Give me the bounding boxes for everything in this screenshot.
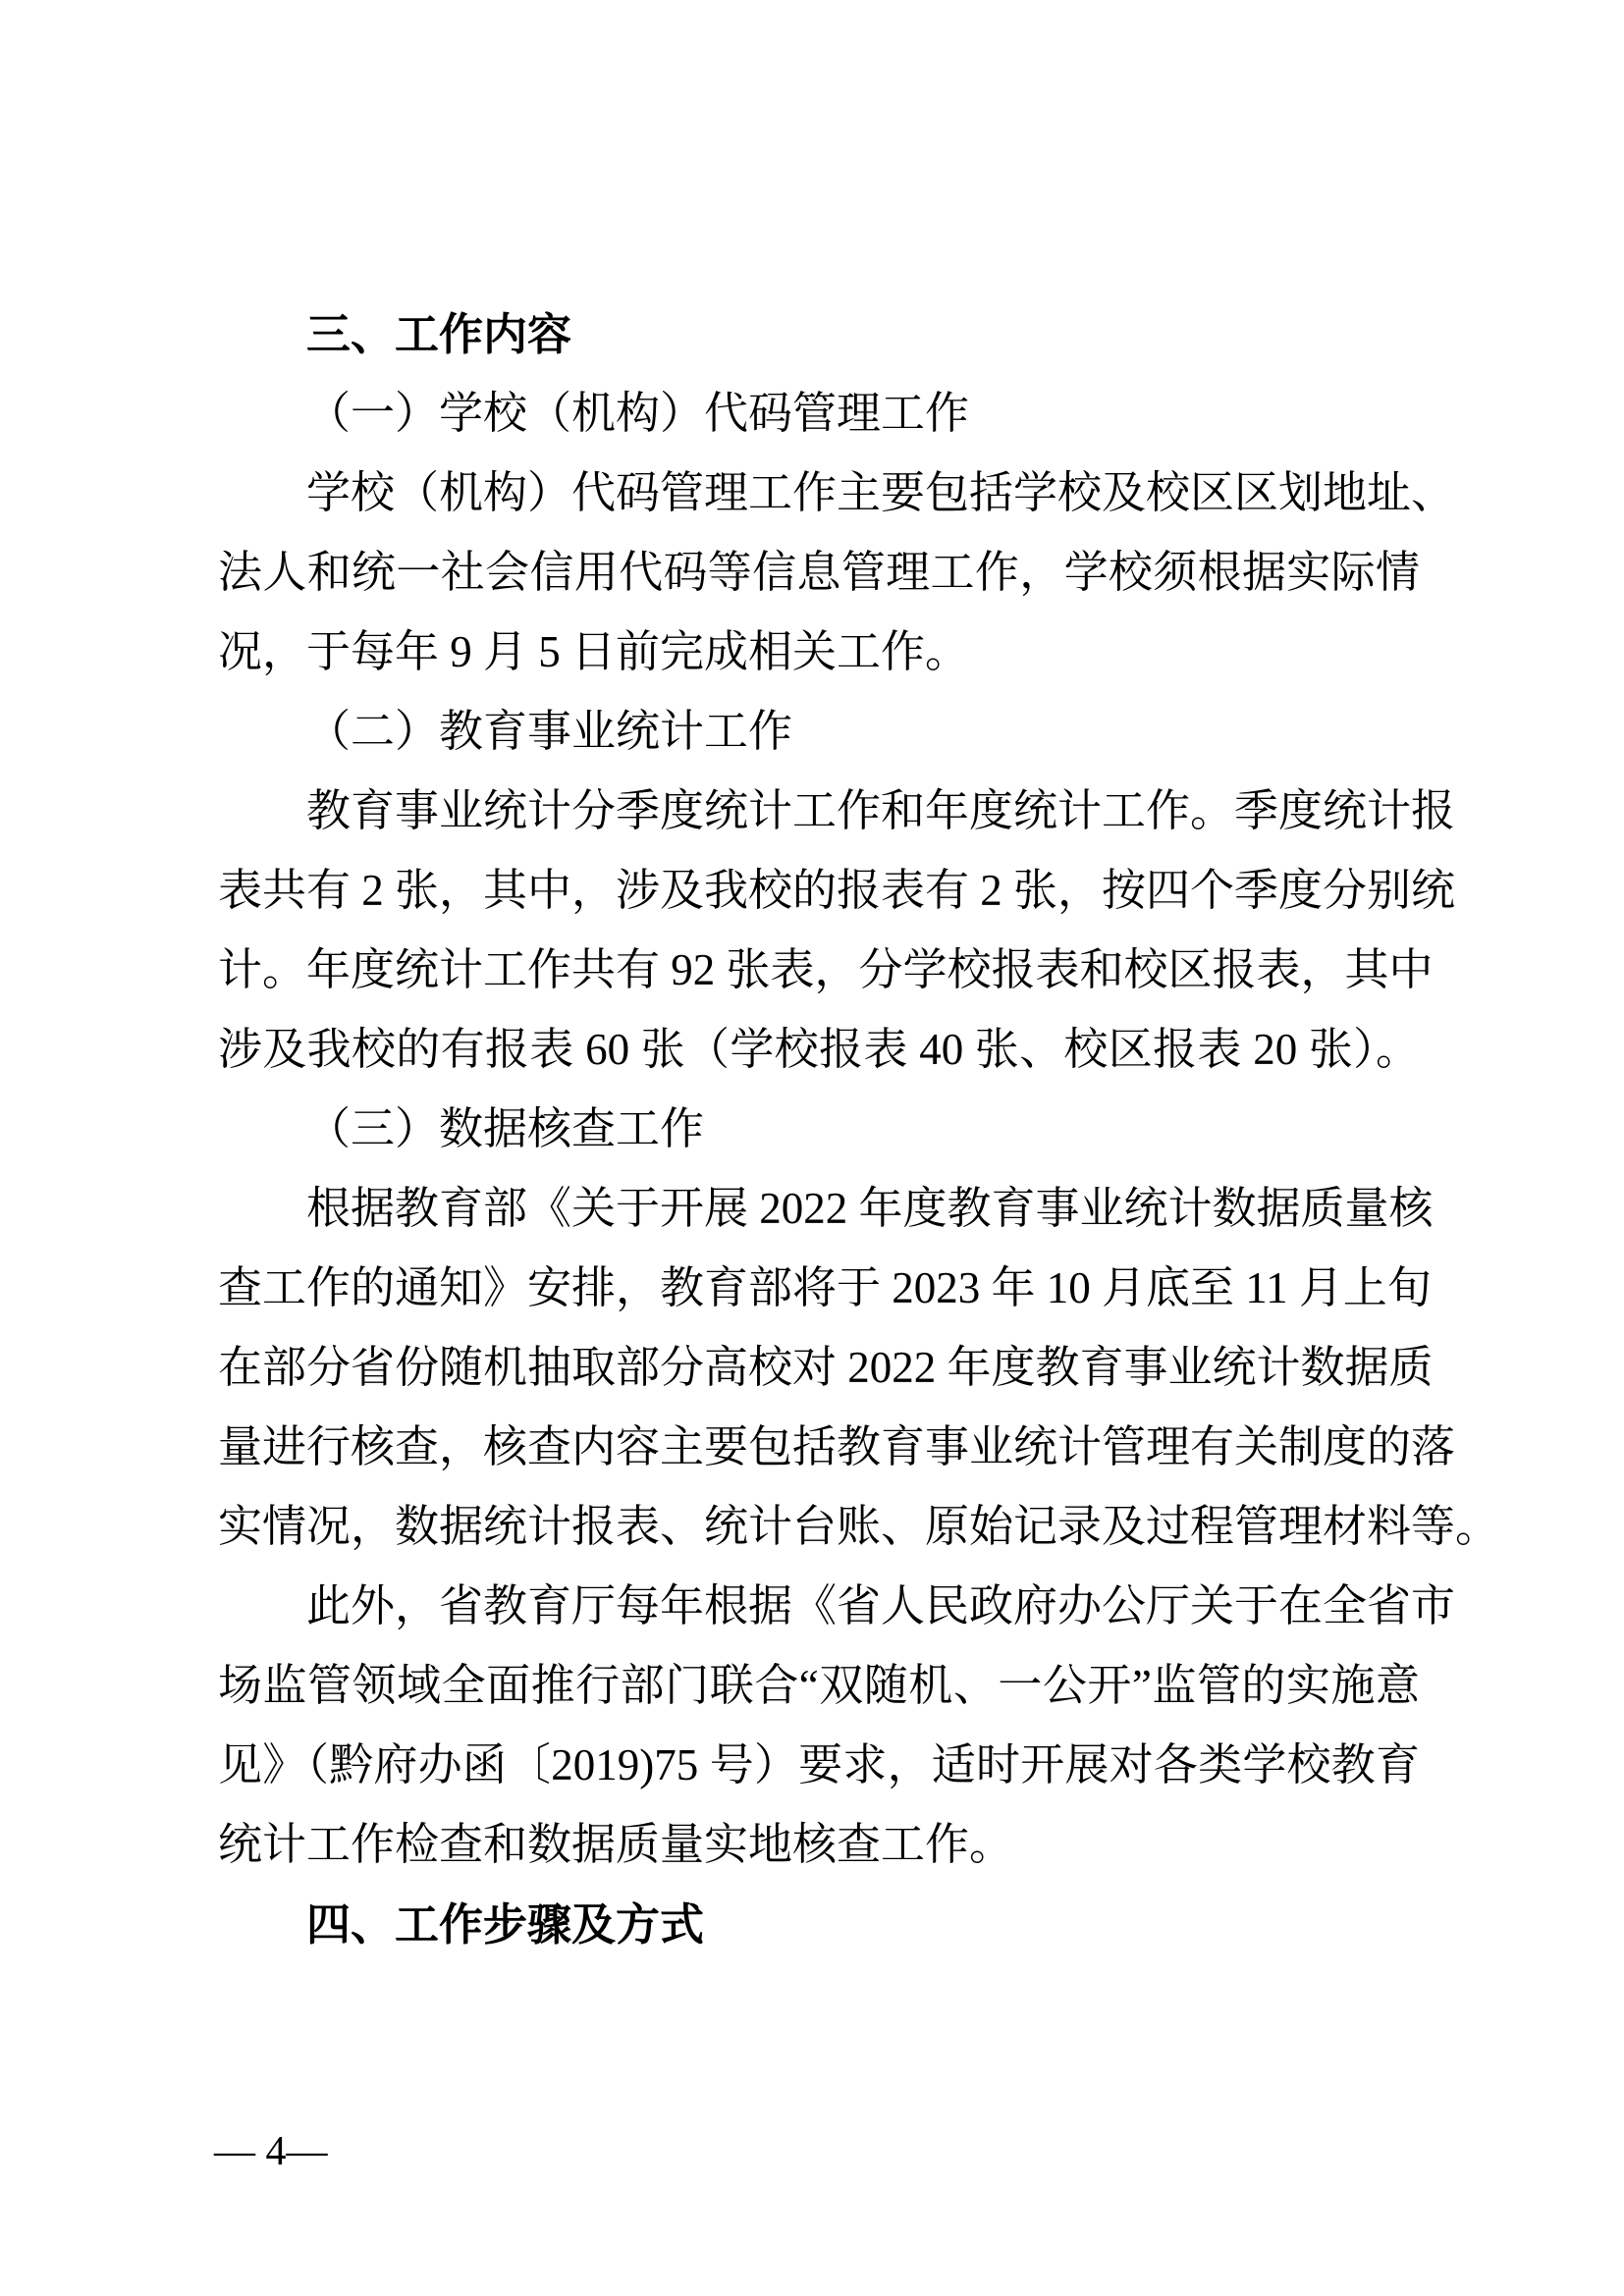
body-text-line: 涉及我校的有报表 60 张（学校报表 40 张、校区报表 20 张）。 — [218, 1010, 1420, 1090]
body-text-line: 查工作的通知》安排，教育部将于 2023 年 10 月底至 11 月上旬 — [218, 1249, 1420, 1328]
page-number: — 4— — [214, 2128, 328, 2175]
document-body: 三、工作内容 （一）学校（机构）代码管理工作 学校（机构）代码管理工作主要包括学… — [218, 294, 1420, 1964]
body-text-line: 场监管领域全面推行部门联合“双随机、一公开”监管的实施意 — [218, 1646, 1420, 1726]
body-text-line: 表共有 2 张，其中，涉及我校的报表有 2 张，按四个季度分别统 — [218, 851, 1420, 931]
body-text-line: 此外，省教育厅每年根据《省人民政府办公厅关于在全省市 — [218, 1567, 1420, 1646]
body-text-line: 法人和统一社会信用代码等信息管理工作，学校须根据实际情 — [218, 533, 1420, 613]
body-text-line: 量进行核查，核查内容主要包括教育事业统计管理有关制度的落 — [218, 1408, 1420, 1487]
body-text-line: 见》（黔府办函〔2019)75 号）要求，适时开展对各类学校教育 — [218, 1726, 1420, 1805]
subsection-heading: （三）数据核查工作 — [218, 1090, 1420, 1169]
body-text-line: 根据教育部《关于开展 2022 年度教育事业统计数据质量核 — [218, 1169, 1420, 1249]
body-text-line: 实情况，数据统计报表、统计台账、原始记录及过程管理材料等。 — [218, 1487, 1420, 1567]
body-text-line: 在部分省份随机抽取部分高校对 2022 年度教育事业统计数据质 — [218, 1328, 1420, 1408]
body-text-line: 况，于每年 9 月 5 日前完成相关工作。 — [218, 613, 1420, 692]
subsection-heading: （二）教育事业统计工作 — [218, 692, 1420, 772]
document-page: 三、工作内容 （一）学校（机构）代码管理工作 学校（机构）代码管理工作主要包括学… — [0, 0, 1624, 2296]
body-text-line: 计。年度统计工作共有 92 张表，分学校报表和校区报表，其中 — [218, 931, 1420, 1010]
body-text-line: 学校（机构）代码管理工作主要包括学校及校区区划地址、 — [218, 454, 1420, 533]
section-heading: 三、工作内容 — [218, 294, 1420, 374]
section-heading: 四、工作步骤及方式 — [218, 1885, 1420, 1964]
body-text-line: 统计工作检查和数据质量实地核查工作。 — [218, 1805, 1420, 1885]
subsection-heading: （一）学校（机构）代码管理工作 — [218, 374, 1420, 454]
body-text-line: 教育事业统计分季度统计工作和年度统计工作。季度统计报 — [218, 772, 1420, 851]
